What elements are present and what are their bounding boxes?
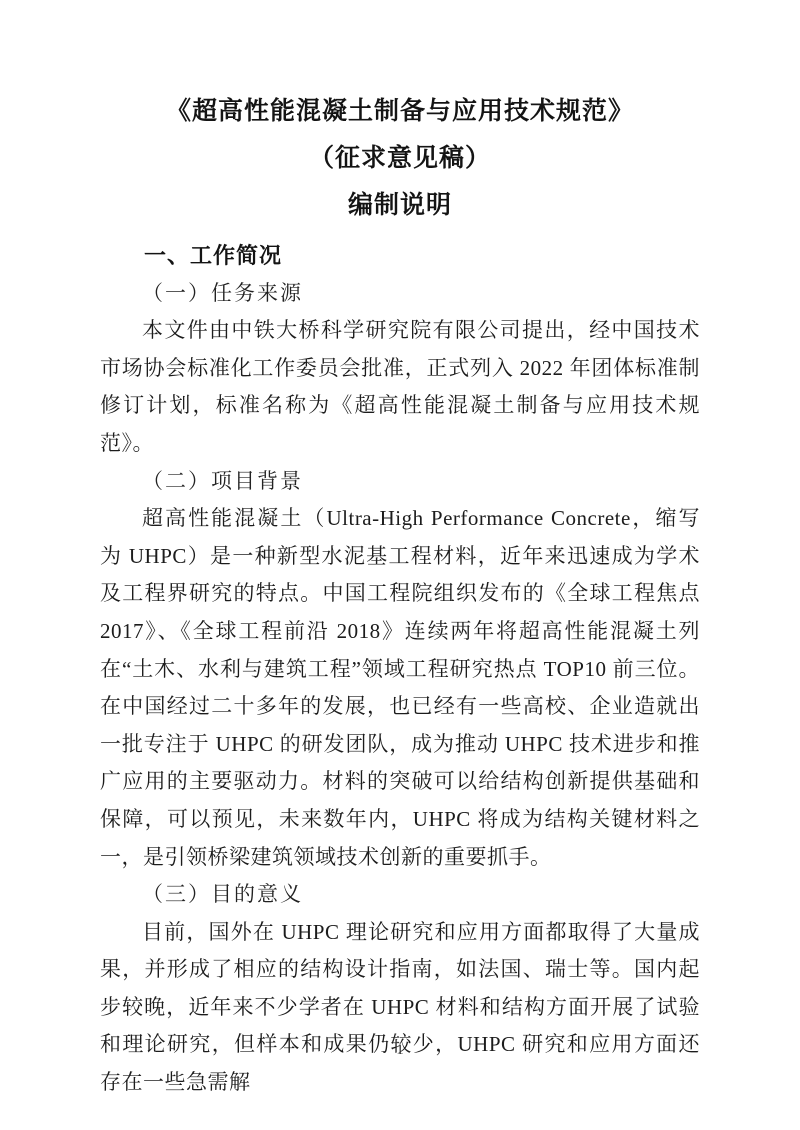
- section-heading-work-overview: 一、工作简况: [100, 237, 700, 275]
- paragraph-task-source: 本文件由中铁大桥科学研究院有限公司提出，经中国技术市场协会标准化工作委员会批准，…: [100, 312, 700, 462]
- title-line-draft-status: （征求意见稿）: [0, 135, 800, 182]
- subsection-heading-task-source: （一）任务来源: [100, 275, 700, 313]
- subsection-heading-purpose-significance: （三）目的意义: [100, 876, 700, 914]
- paragraph-project-background: 超高性能混凝土（Ultra-High Performance Concrete，…: [100, 500, 700, 876]
- document-body: 一、工作简况 （一）任务来源 本文件由中铁大桥科学研究院有限公司提出，经中国技术…: [100, 237, 700, 1102]
- page-number: 1: [0, 1042, 800, 1059]
- document-title: 《超高性能混凝土制备与应用技术规范》 （征求意见稿） 编制说明: [0, 88, 800, 229]
- title-line-doc-type: 编制说明: [0, 182, 800, 229]
- paragraph-purpose-significance: 目前，国外在 UHPC 理论研究和应用方面都取得了大量成果，并形成了相应的结构设…: [100, 914, 700, 1102]
- document-page: 《超高性能混凝土制备与应用技术规范》 （征求意见稿） 编制说明 一、工作简况 （…: [0, 0, 800, 1130]
- title-line-standard-name: 《超高性能混凝土制备与应用技术规范》: [0, 88, 800, 135]
- subsection-heading-project-background: （二）项目背景: [100, 463, 700, 501]
